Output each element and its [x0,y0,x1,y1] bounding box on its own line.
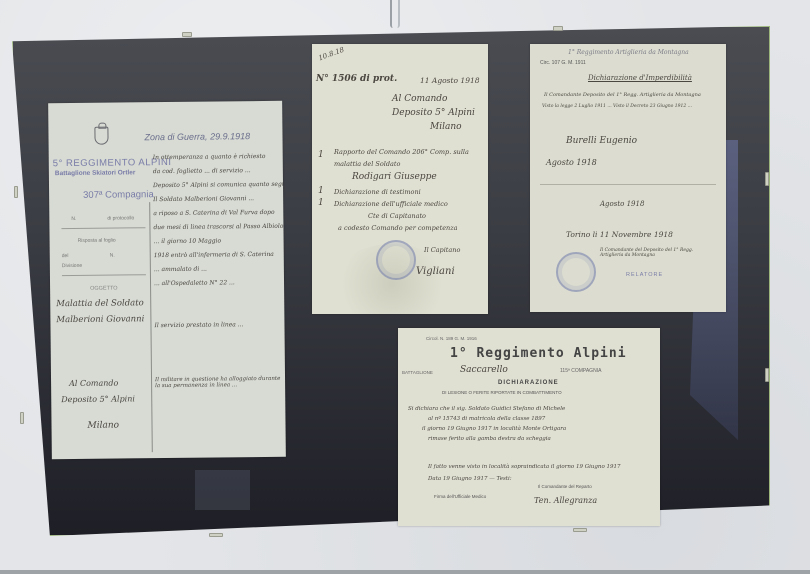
medical-officer-label: Firma dell'Ufficiale Medico [434,494,486,499]
item-qty: 1 [318,150,324,160]
regiment-seal-stamp [376,240,416,280]
commander-label: Il Comandante del Reparto [538,484,592,489]
body-line: a riposo a S. Caterina di Val Furva dopo [153,209,274,217]
subject-line-2: Malberioni Giovanni [56,314,144,325]
hanging-wire [390,0,400,28]
column-divider [149,202,153,452]
addressee-line-3: Milano [430,122,462,132]
place-date-header: Zona di Guerra, 29.9.1918 [144,131,250,142]
field-division: Divisione [62,263,82,269]
item-text: a codesto Comando per competenza [338,224,458,232]
body-line: Si dichiara che il sig. Soldato Guidici … [408,406,565,412]
royal-crest-icon [94,127,108,145]
wall-bottom-edge [0,570,810,574]
relatore-stamp: RELATORE [626,272,663,278]
addressee-line-2: Deposito 5° Alpini [61,394,135,404]
witness-line: Data 19 Giugno 1917 — Testi: [428,476,512,482]
frame-clip-right-upper [765,172,769,186]
addressee-line-1: Al Comando [69,379,118,389]
frame-clip-left-upper [14,186,18,198]
body-line: ... il giorno 10 Maggio [154,237,222,245]
glass-reflection [195,470,250,510]
battalion-name: Saccarello [460,365,508,375]
frame-clip-top-right [553,26,563,31]
addressee-line-1: Al Comando [392,94,447,104]
soldier-name: Rodigari Giuseppe [352,172,437,182]
circular-reference: Circ. 107 G. M. 1911 [540,60,586,66]
item-qty: 1 [318,198,324,208]
field-dated: del [62,253,69,259]
document-transmittal-letter: 10.8.18 N° 1506 di prot. 11 Agosto 1918 … [312,44,488,314]
protocol-number: N° 1506 di prot. [316,74,397,84]
body-line: da cod. foglietto ... di servizio ... [153,167,251,175]
body-line: ... all'Ospedaletto N° 22 ... [154,279,235,287]
addressee-line-3: Milano [87,421,119,431]
footer-date: Agosto 1918 [546,158,597,167]
signature-title: Il Capitano [424,246,460,254]
certificate-intro: Il Comandante Deposito del 1° Regg. Arti… [544,92,701,98]
body-line: 1918 entrò all'infermeria di S. Caterina [154,251,274,259]
frame-clip-bottom-left [209,533,223,537]
form-rule [540,184,716,185]
item-text: Dichiarazione dell'ufficiale medico [334,200,448,208]
subject-line-1: Malattia del Soldato [56,298,144,309]
item-text: Rapporto del Comando 206° Comp. sulla ma… [334,146,484,170]
official-seal-stamp [556,252,596,292]
form-rule [61,227,145,229]
field-number: N. [71,216,76,222]
company-number: 115ª COMPAGNIA [560,368,601,374]
corner-note: 10.8.18 [317,46,345,63]
battalion-stamp: Battaglione Skiatori Ortler [55,169,136,177]
body-line: Deposito 5° Alpini si comunica quanto se… [153,181,286,189]
body-line: Il Soldato Malberioni Giovanni ... [153,195,254,203]
letter-date: 11 Agosto 1918 [420,76,480,85]
battalion-label: BATTAGLIONE [402,370,433,375]
regiment-title: 1° Reggimento Alpini [450,346,627,361]
body-line: In ottemperanza a quanto è richiesto [153,153,266,161]
circular-reference: Circol. N. 189 G. M. 1916 [426,336,477,341]
field-reply-to: Risposta al foglio [78,238,116,244]
body-line: ... ammalato di ... [154,266,207,274]
commander-signature: Ten. Allegranza [534,496,597,505]
place-date: Torino li 11 Novembre 1918 [566,230,673,239]
frame-clip-left-lower [20,412,24,424]
body-line: rimase ferito alla gamba destra da scheg… [428,436,551,442]
form-rule [62,274,146,276]
declaration-title: DICHIARAZIONE [498,380,559,386]
document-illness-report: Zona di Guerra, 29.9.1918 5° REGGIMENTO … [48,101,286,459]
field-protocol: di protocollo [107,215,134,221]
issued-date: Agosto 1918 [600,200,644,208]
item-text: Dichiarazione di testimoni [334,188,421,196]
declaration-subtitle: DI LESIONE O FERITE RIPORTATE IN COMBATT… [442,390,562,395]
signatory: Il Comandante del Deposito del 1° Regg. … [600,248,710,258]
body-line: due mesi di linea trascorsi al Passo Alb… [153,223,283,231]
frame-clip-top-left [182,32,192,37]
item-qty: 1 [318,186,324,196]
body-line: Il servizio prestato in linea ... [154,321,243,329]
field-number-2: N. [110,253,115,259]
document-combat-wound-declaration: Circol. N. 189 G. M. 1916 1° Reggimento … [398,328,660,526]
company-stamp: 307ª Compagnia [83,189,154,201]
certificate-body: Visto la legge 2 Luglio 1911 ... Visto i… [542,104,718,110]
body-line: il giorno 19 Giugno 1917 in località Mon… [422,426,566,432]
addressee-line-2: Deposito 5° Alpini [392,108,475,118]
body-line: Il militare in questione ha alloggiato d… [155,376,281,389]
person-name: Burelli Eugenio [566,136,637,146]
document-declaration-certificate: 1° Reggimento Artiglieria da Montagna Ci… [530,44,726,312]
body-line: al nº 15743 di matricola della classe 18… [428,416,545,422]
frame-clip-bottom-right [573,528,587,532]
certificate-title: Dichiarazione d'Imperdibilità [588,74,692,82]
witness-line: Il fatto venne visto in località soprain… [428,464,621,470]
regiment-header: 1° Reggimento Artiglieria da Montagna [568,49,689,56]
frame-clip-right-lower [765,368,769,382]
item-text: Cte di Capitanato [368,212,426,220]
subject-label: OGGETTO [90,286,117,292]
signature: Vigliani [416,266,455,277]
